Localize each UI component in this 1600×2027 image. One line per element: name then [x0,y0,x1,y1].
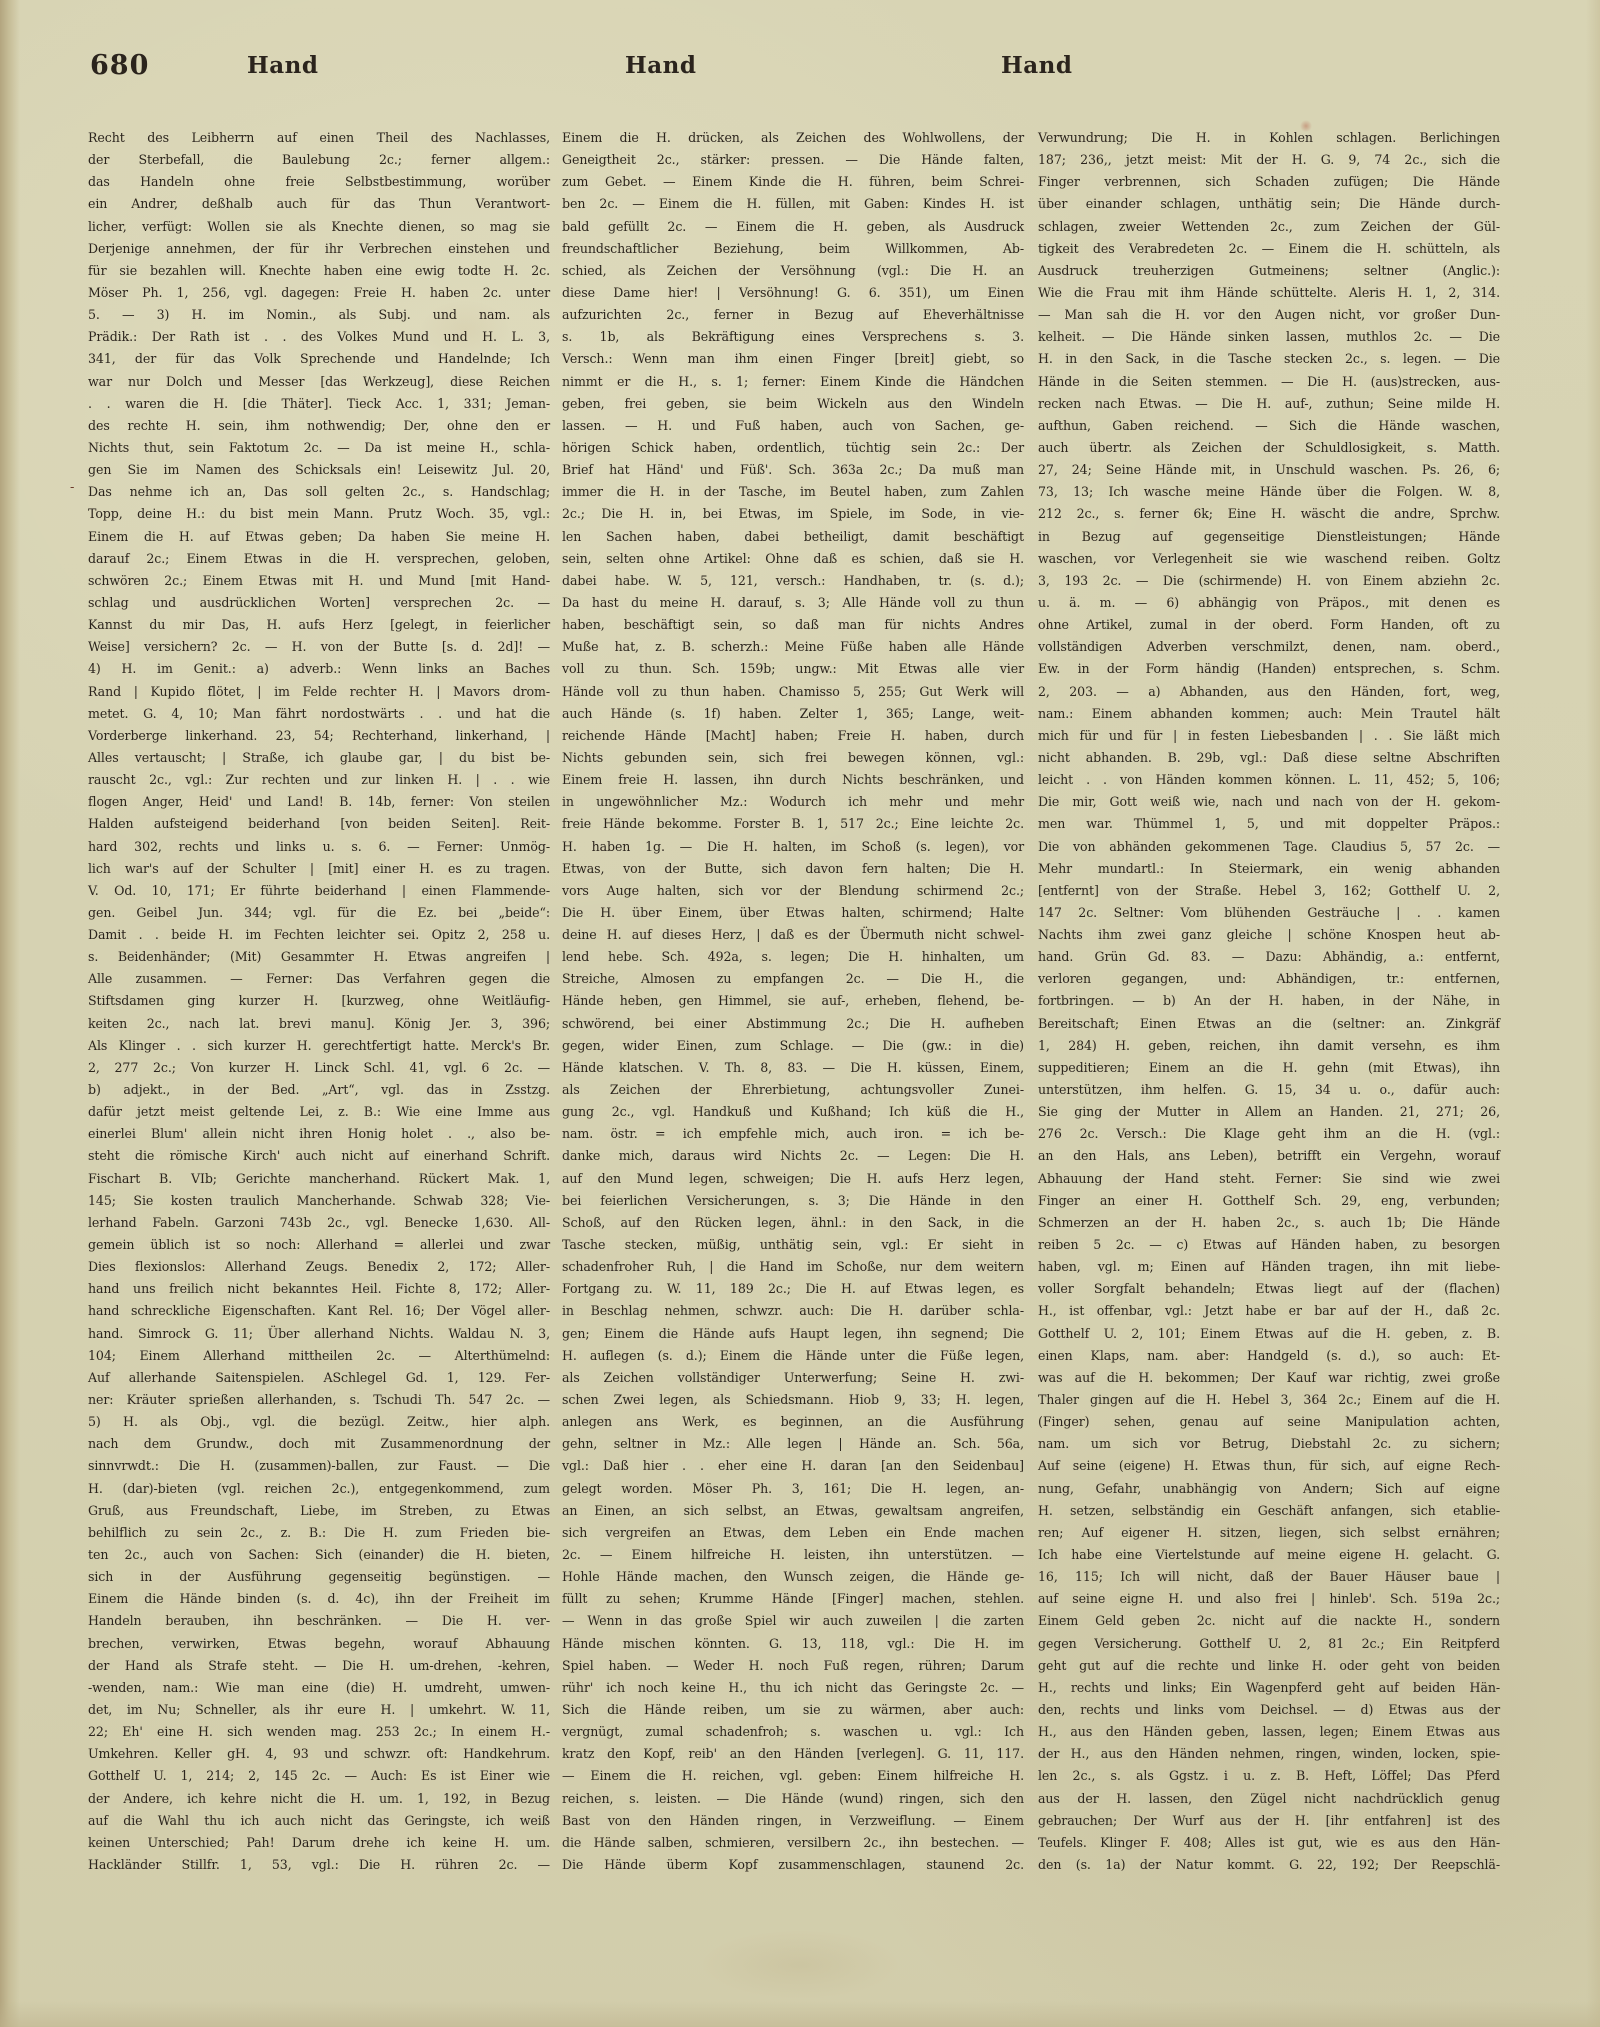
text-line: auf den Mund legen, schweigen; Die H. au… [562,1168,1024,1190]
text-line: hand schreckliche Eigenschaften. Kant Re… [88,1300,550,1322]
text-line: als Zeichen vollständiger Unterwerfung; … [562,1367,1024,1389]
text-line: Hackländer Stillfr. 1, 53, vgl.: Die H. … [88,1854,550,1876]
text-line: in ungewöhnlicher Mz.: Wodurch ich mehr … [562,791,1024,813]
text-line: ohne Artikel, zumal in der oberd. Form H… [1038,614,1500,636]
text-line: Streiche, Almosen zu empfangen 2c. — Die… [562,968,1024,990]
text-line: recken nach Etwas. — Die H. auf-, zuthun… [1038,393,1500,415]
text-line: nung, Gefahr, unabhängig von Andern; Sic… [1038,1478,1500,1500]
text-line: Verwundrung; Die H. in Kohlen schlagen. … [1038,127,1500,149]
text-line: unterstützen, ihm helfen. G. 15, 34 u. o… [1038,1079,1500,1101]
text-line: Hände klatschen. V. Th. 8, 83. — Die H. … [562,1057,1024,1079]
text-line: schlagen, zweier Wettenden 2c., zum Zeic… [1038,216,1500,238]
text-line: Bereitschaft; Einen Etwas an die (seltne… [1038,1013,1500,1035]
text-line: vors Auge halten, sich vor der Blendung … [562,880,1024,902]
text-line: aufzurichten 2c., ferner in Bezug auf Eh… [562,304,1024,326]
text-line: nicht abhanden. B. 29b, vgl.: Daß diese … [1038,747,1500,769]
text-line: hand. Grün Gd. 83. — Dazu: Abhändig, a.:… [1038,946,1500,968]
text-line: Hände mischen könnten. G. 13, 118, vgl.:… [562,1633,1024,1655]
text-line: Hände voll zu thun haben. Chamisso 5, 25… [562,681,1024,703]
text-line: reichen, s. leisten. — Die Hände (wund) … [562,1788,1024,1810]
page-edge-bottom [0,2001,1600,2027]
scanned-page: 680 Hand Hand Hand - Recht des Leibherrn… [0,0,1600,2027]
text-line: den, rechts und links vom Deichsel. — d)… [1038,1699,1500,1721]
text-line: gegen Versicherung. Gotthelf U. 2, 81 2c… [1038,1633,1500,1655]
text-line: nach dem Grundw., doch mit Zusammenordnu… [88,1433,550,1455]
text-line: über einander schlagen, unthätig sein; D… [1038,193,1500,215]
text-line: geben, frei geben, sie beim Wickeln aus … [562,393,1024,415]
text-line: darauf 2c.; Einem Etwas in die H. verspr… [88,548,550,570]
text-line: hand uns freilich nicht bekanntes Heil. … [88,1278,550,1300]
text-line: H. haben 1g. — Die H. halten, im Schoß (… [562,836,1024,858]
text-line: rühr' ich noch keine H., thu ich nicht d… [562,1677,1024,1699]
text-line: 212 2c., s. ferner 6k; Eine H. wäscht di… [1038,503,1500,525]
text-line: steht die römische Kirch' auch nicht auf… [88,1145,550,1167]
text-line: was auf die H. bekommen; Der Kauf war ri… [1038,1367,1500,1389]
text-line: H. auflegen (s. d.); Einem die Hände unt… [562,1345,1024,1367]
text-line: Einem die H. drücken, als Zeichen des Wo… [562,127,1024,149]
text-line: einen Klaps, nam. aber: Handgeld (s. d.)… [1038,1345,1500,1367]
text-line: keinen Unterschied; Pah! Darum drehe ich… [88,1832,550,1854]
text-line: verloren gegangen, und: Abhändigen, tr.:… [1038,968,1500,990]
text-line: men war. Thümmel 1, 5, und mit doppelter… [1038,813,1500,835]
text-line: Hände in die Seiten stemmen. — Die H. (a… [1038,371,1500,393]
text-line: len Sachen haben, dabei betheiligt, dami… [562,526,1024,548]
text-line: Gotthelf U. 1, 214; 2, 145 2c. — Auch: E… [88,1765,550,1787]
text-line: immer die H. in der Tasche, im Beutel ha… [562,481,1024,503]
text-line: . . waren die H. [die Thäter]. Tieck Acc… [88,393,550,415]
text-line: Sie ging der Mutter in Allem an Handen. … [1038,1101,1500,1123]
text-line: gebrauchen; Der Wurf aus der H. [ihr ent… [1038,1810,1500,1832]
text-line: Teufels. Klinger F. 408; Alles ist gut, … [1038,1832,1500,1854]
text-line: dafür jetzt meist geltende Lei, z. B.: W… [88,1101,550,1123]
text-line: hand. Simrock G. 11; Über allerhand Nich… [88,1323,550,1345]
text-line: — Wenn in das große Spiel wir auch zuwei… [562,1610,1024,1632]
text-line: Dies flexionslos: Allerhand Zeugs. Bened… [88,1256,550,1278]
text-line: 5) H. als Obj., vgl. die bezügl. Zeitw.,… [88,1411,550,1433]
text-line: Nichts gebunden sein, sich frei bewegen … [562,747,1024,769]
text-column-1: Recht des Leibherrn auf einen Theil des … [88,127,550,1876]
text-line: keiten 2c., nach lat. brevi manu]. König… [88,1013,550,1035]
text-line: Topp, deine H.: du bist mein Mann. Prutz… [88,503,550,525]
text-line: ner: Kräuter sprießen allerhanden, s. Ts… [88,1389,550,1411]
text-line: Alle zusammen. — Ferner: Das Verfahren g… [88,968,550,990]
text-line: hard 302, rechts und links u. s. 6. — Fe… [88,836,550,858]
text-line: Die mir, Gott weiß wie, nach und nach vo… [1038,791,1500,813]
text-line: an den Hals, ans Leben), betrifft ein Ve… [1038,1145,1500,1167]
text-line: diese Dame hier! | Versöhnung! G. 6. 351… [562,282,1024,304]
text-line: Finger an einer H. Gotthelf Sch. 29, eng… [1038,1190,1500,1212]
text-line: gung 2c., vgl. Handkuß und Kußhand; Ich … [562,1101,1024,1123]
text-line: (Finger) sehen, genau auf seine Manipula… [1038,1411,1500,1433]
text-line: Einem Geld geben 2c. nicht auf die nackt… [1038,1610,1500,1632]
text-line: Schoß, auf den Rücken legen, ähnl.: in d… [562,1212,1024,1234]
text-line: als Zeichen der Ehrerbietung, achtungsvo… [562,1079,1024,1101]
text-line: rauscht 2c., vgl.: Zur rechten und zur l… [88,769,550,791]
text-line: H. in den Sack, in die Tasche stecken 2c… [1038,348,1500,370]
text-line: Hände heben, gen Himmel, sie auf-, erheb… [562,990,1024,1012]
text-line: Kannst du mir Das, H. aufs Herz [gelegt,… [88,614,550,636]
text-line: den (s. 1a) der Natur kommt. G. 22, 192;… [1038,1854,1500,1876]
text-line: H., rechts und links; Ein Wagenpferd geh… [1038,1677,1500,1699]
text-line: an Einen, an sich selbst, an Etwas, gewa… [562,1500,1024,1522]
text-line: Recht des Leibherrn auf einen Theil des … [88,127,550,149]
text-line: Halden aufsteigend beiderhand [von beide… [88,813,550,835]
text-line: der Sterbefall, die Baulebung 2c.; ferne… [88,149,550,171]
text-line: Etwas, von der Butte, sich davon fern ha… [562,858,1024,880]
text-line: Handeln berauben, ihn beschränken. — Die… [88,1610,550,1632]
text-line: Wie die Frau mit ihm Hände schüttelte. A… [1038,282,1500,304]
text-line: 1, 284) H. geben, reichen, ihn damit ver… [1038,1035,1500,1057]
text-line: nimmt er die H., s. 1; ferner: Einem Kin… [562,371,1024,393]
text-line: 147 2c. Seltner: Vom blühenden Gesträuch… [1038,902,1500,924]
text-line: sinnvrwdt.: Die H. (zusammen)-ballen, zu… [88,1455,550,1477]
text-line: gen. Geibel Jun. 344; vgl. für die Ez. b… [88,902,550,924]
text-line: — Einem die H. reichen, vgl. geben: Eine… [562,1765,1024,1787]
text-line: 276 2c. Versch.: Die Klage geht ihm an d… [1038,1123,1500,1145]
text-line: Da hast du meine H. darauf, s. 3; Alle H… [562,592,1024,614]
text-line: 22; Eh' eine H. sich wenden mag. 253 2c.… [88,1721,550,1743]
text-line: Nachts ihm zwei ganz gleiche | schöne Kn… [1038,924,1500,946]
text-line: Fortgang zu. W. 11, 189 2c.; Die H. auf … [562,1278,1024,1300]
text-line: auf seine eigne H. und also frei | hinle… [1038,1588,1500,1610]
text-line: aus der H. lassen, den Zügel nicht nachd… [1038,1788,1500,1810]
text-line: Brief hat Händ' und Füß'. Sch. 363a 2c.;… [562,459,1024,481]
text-line: geht gut auf die rechte und linke H. ode… [1038,1655,1500,1677]
text-line: 3, 193 2c. — Die (schirmende) H. von Ein… [1038,570,1500,592]
text-line: das Handeln ohne freie Selbstbestimmung,… [88,171,550,193]
text-line: — Man sah die H. vor den Augen nicht, vo… [1038,304,1500,326]
text-line: Möser Ph. 1, 256, vgl. dagegen: Freie H.… [88,282,550,304]
text-line: Auf allerhande Saitenspielen. ASchlegel … [88,1367,550,1389]
text-line: Geneigtheit 2c., stärker: pressen. — Die… [562,149,1024,171]
text-line: tigkeit des Verabredeten 2c. — Einem die… [1038,238,1500,260]
text-line: [entfernt] von der Straße. Hebel 3, 162;… [1038,880,1500,902]
text-line: metet. G. 4, 10; Man fährt nordostwärts … [88,703,550,725]
text-line: ren; Auf eigener H. sitzen, liegen, sich… [1038,1522,1500,1544]
text-line: Die Hände überm Kopf zusammenschlagen, s… [562,1854,1024,1876]
text-line: die Hände salben, schmieren, versilbern … [562,1832,1024,1854]
text-line: Die von abhänden gekommenen Tage. Claudi… [1038,836,1500,858]
text-line: Abhauung der Hand steht. Ferner: Sie sin… [1038,1168,1500,1190]
text-line: Sich die Hände reiben, um sie zu wärmen,… [562,1699,1024,1721]
text-line: reiben 5 2c. — c) Etwas auf Händen haben… [1038,1234,1500,1256]
text-line: 5. — 3) H. im Nomin., als Subj. und nam.… [88,304,550,326]
text-line: Hohle Hände machen, den Wunsch zeigen, d… [562,1566,1024,1588]
text-line: der H., aus den Händen nehmen, ringen, w… [1038,1743,1500,1765]
text-line: 27, 24; Seine Hände mit, in Unschuld was… [1038,459,1500,481]
text-line: Ausdruck treuherzigen Gutmeinens; seltne… [1038,260,1500,282]
text-line: lend hebe. Sch. 492a, s. legen; Die H. h… [562,946,1024,968]
text-line: gen Sie im Namen des Schicksals ein! Lei… [88,459,550,481]
text-line: Stiftsdamen ging kurzer H. [kurzweg, ohn… [88,990,550,1012]
text-line: in Bezug auf gegenseitige Dienstleistung… [1038,526,1500,548]
text-line: gen; Einem die Hände aufs Haupt legen, i… [562,1323,1024,1345]
text-line: freundschaftlicher Beziehung, beim Willk… [562,238,1024,260]
paper-stain [700,1930,900,2000]
text-line: Versch.: Wenn man ihm einen Finger [brei… [562,348,1024,370]
text-line: schwören 2c.; Einem Etwas mit H. und Mun… [88,570,550,592]
text-line: V. Od. 10, 171; Er führte beiderhand | e… [88,880,550,902]
text-line: 2, 277 2c.; Von kurzer H. Linck Schl. 41… [88,1057,550,1079]
text-line: suppeditieren; Einem an die H. gehn (mit… [1038,1057,1500,1079]
margin-mark: - [70,480,74,495]
text-line: schen Zwei legen, als Schiedsmann. Hiob … [562,1389,1024,1411]
text-line: haben, vgl. m; Einen auf Händen tragen, … [1038,1256,1500,1278]
text-line: sich in der Ausführung gegenseitig begün… [88,1566,550,1588]
text-line: bald gefüllt 2c. — Einem die H. geben, a… [562,216,1024,238]
text-line: Thaler gingen auf die H. Hebel 3, 364 2c… [1038,1389,1500,1411]
text-line: Nichts thut, sein Faktotum 2c. — Da ist … [88,437,550,459]
text-line: ein Andrer, deßhalb auch für das Thun Ve… [88,193,550,215]
running-head-column-2: Hand [625,52,696,79]
text-line: H., aus den Händen geben, lassen, legen;… [1038,1721,1500,1743]
text-line: danke mich, daraus wird Nichts 2c. — Leg… [562,1145,1024,1167]
text-line: b) adjekt., in der Bed. „Art“, vgl. das … [88,1079,550,1101]
text-line: schadenfroher Ruh, | die Hand im Schoße,… [562,1256,1024,1278]
page-edge-right [1586,0,1600,2027]
text-line: bei feierlichen Versicherungen, s. 3; Di… [562,1190,1024,1212]
text-line: deine H. auf dieses Herz, | daß es der Ü… [562,924,1024,946]
text-line: ten 2c., auch von Sachen: Sich (einander… [88,1544,550,1566]
text-line: ben 2c. — Einem die H. füllen, mit Gaben… [562,193,1024,215]
text-line: Schmerzen an der H. haben 2c., s. auch 1… [1038,1212,1500,1234]
text-line: der Andere, ich kehre nicht die H. um. 1… [88,1788,550,1810]
text-line: Weise] versichern? 2c. — H. von der Butt… [88,636,550,658]
text-line: Umkehren. Keller gH. 4, 93 und schwzr. o… [88,1743,550,1765]
text-line: vollständigen Adverben verschmilzt, dene… [1038,636,1500,658]
text-line: Rand | Kupido flötet, | im Felde rechter… [88,681,550,703]
text-line: 145; Sie kosten traulich Mancherhande. S… [88,1190,550,1212]
text-line: Ew. in der Form händig (Handen) entsprec… [1038,658,1500,680]
text-line: Das nehme ich an, Das soll gelten 2c., s… [88,481,550,503]
text-line: 16, 115; Ich will nicht, daß der Bauer H… [1038,1566,1500,1588]
text-line: sich vergreifen an Etwas, dem Leben ein … [562,1522,1024,1544]
text-line: 341, der für das Volk Sprechende und Han… [88,348,550,370]
text-line: Einem freie H. lassen, ihn durch Nichts … [562,769,1024,791]
text-line: einerlei Blum' allein nicht ihren Honig … [88,1123,550,1145]
text-line: Gotthelf U. 2, 101; Einem Etwas auf die … [1038,1323,1500,1345]
text-line: haben, beschäftigt sein, so daß man für … [562,614,1024,636]
text-column-2: Einem die H. drücken, als Zeichen des Wo… [562,127,1024,1876]
text-line: schwörend, bei einer Abstimmung 2c.; Die… [562,1013,1024,1035]
text-line: Tasche stecken, müßig, unthätig sein, vg… [562,1234,1024,1256]
text-line: hörigen Schick haben, ordentlich, tüchti… [562,437,1024,459]
text-line: gegen, wider Einen, zum Schlage. — Die (… [562,1035,1024,1057]
text-line: s. Beidenhänder; (Mit) Gesammter H. Etwa… [88,946,550,968]
running-head-column-3: Hand [1001,52,1072,79]
text-line: 104; Einem Allerhand mittheilen 2c. — Al… [88,1345,550,1367]
text-line: nam. um sich vor Betrug, Diebstahl 2c. z… [1038,1433,1500,1455]
text-line: zum Gebet. — Einem Kinde die H. führen, … [562,171,1024,193]
text-line: 73, 13; Ich wasche meine Hände über die … [1038,481,1500,503]
text-line: 2c.; Die H. in, bei Etwas, im Spiele, im… [562,503,1024,525]
text-line: war nur Dolch und Messer [das Werkzeug],… [88,371,550,393]
text-line: 2, 203. — a) Abhanden, aus den Händen, f… [1038,681,1500,703]
text-line: nam.: Einem abhanden kommen; auch: Mein … [1038,703,1500,725]
text-line: lassen. — H. und Fuß haben, auch von Sac… [562,415,1024,437]
text-line: gelegt worden. Möser Ph. 3, 161; Die H. … [562,1478,1024,1500]
text-line: des rechte H. sein, ihm nothwendig; Der,… [88,415,550,437]
text-line: anlegen ans Werk, es beginnen, an die Au… [562,1411,1024,1433]
text-line: nam. östr. = ich empfehle mich, auch iro… [562,1123,1024,1145]
text-line: kelheit. — Die Hände sinken lassen, muth… [1038,326,1500,348]
text-line: det, im Nu; Schneller, als ihr eure H. |… [88,1699,550,1721]
text-line: Mehr mundartl.: In Steiermark, ein wenig… [1038,858,1500,880]
text-line: gehn, seltner in Mz.: Alle legen | Hände… [562,1433,1024,1455]
text-line: Prädik.: Der Rath ist . . des Volkes Mun… [88,326,550,348]
text-line: H., ist offenbar, vgl.: Jetzt habe er ba… [1038,1300,1500,1322]
text-line: Die H. über Einem, über Etwas halten, sc… [562,902,1024,924]
text-line: Einem die H. auf Etwas geben; Da haben S… [88,526,550,548]
text-line: 4) H. im Genit.: a) adverb.: Wenn links … [88,658,550,680]
text-line: Fischart B. VIb; Gerichte mancherhand. R… [88,1168,550,1190]
text-line: Gruß, aus Freundschaft, Liebe, im Strebe… [88,1500,550,1522]
text-line: waschen, vor Verlegenheit sie wie wasche… [1038,548,1500,570]
text-line: u. ä. m. — 6) abhängig von Präpos., mit … [1038,592,1500,614]
text-line: H. (dar)-bieten (vgl. reichen 2c.), entg… [88,1478,550,1500]
text-line: Auf seine (eigene) H. Etwas thun, für si… [1038,1455,1500,1477]
text-line: 2c. — Einem hilfreiche H. leisten, ihn u… [562,1544,1024,1566]
text-line: für sie bezahlen will. Knechte haben ein… [88,260,550,282]
text-line: füllt zu sehen; Krumme Hände [Finger] ma… [562,1588,1024,1610]
text-line: leicht . . von Händen kommen können. L. … [1038,769,1500,791]
text-line: in Beschlag nehmen, schwzr. auch: Die H.… [562,1300,1024,1322]
text-line: aufthun, Gaben reichend. — Sich die Händ… [1038,415,1500,437]
running-head-column-1: Hand [247,52,318,79]
text-line: 187; 236,, jetzt meist: Mit der H. G. 9,… [1038,149,1500,171]
text-line: fortbringen. — b) An der H. haben, in de… [1038,990,1500,1012]
text-line: vgl.: Daß hier . . eher eine H. daran [a… [562,1455,1024,1477]
text-line: s. 1b, als Bekräftigung eines Verspreche… [562,326,1024,348]
text-line: auch übertr. als Zeichen der Schuldlosig… [1038,437,1500,459]
text-line: Spiel haben. — Weder H. noch Fuß regen, … [562,1655,1024,1677]
text-line: der Hand als Strafe steht. — Die H. um-d… [88,1655,550,1677]
text-line: schlag und ausdrücklichen Worten] verspr… [88,592,550,614]
text-line: lerhand Fabeln. Garzoni 743b 2c., vgl. B… [88,1212,550,1234]
text-line: reichende Hände [Macht] haben; Freie H. … [562,725,1024,747]
page-edge-left [0,0,20,2027]
text-line: Finger verbrennen, sich Schaden zufügen;… [1038,171,1500,193]
text-line: auf die Wahl thu ich auch nicht das Geri… [88,1810,550,1832]
text-line: kratz den Kopf, reib' an den Händen [ver… [562,1743,1024,1765]
page-number: 680 [90,50,149,81]
text-line: Bast von den Händen ringen, in Verzweifl… [562,1810,1024,1832]
text-line: Einem die Hände binden (s. d. 4c), ihn d… [88,1588,550,1610]
text-line: Damit . . beide H. im Fechten leichter s… [88,924,550,946]
text-line: flogen Anger, Heid' und Land! B. 14b, fe… [88,791,550,813]
text-line: H. setzen, selbständig ein Geschäft anfa… [1038,1500,1500,1522]
text-line: schied, als Zeichen der Versöhnung (vgl.… [562,260,1024,282]
text-line: Muße hat, z. B. scherzh.: Meine Füße hab… [562,636,1024,658]
text-line: len 2c., s. als Ggstz. i u. z. B. Heft, … [1038,1765,1500,1787]
text-line: Derjenige annehmen, der für ihr Verbrech… [88,238,550,260]
text-line: gemein üblich ist so noch: Allerhand = a… [88,1234,550,1256]
text-line: -wenden, nam.: Wie man eine (die) H. umd… [88,1677,550,1699]
text-line: behilflich zu sein 2c., z. B.: Die H. zu… [88,1522,550,1544]
text-line: voll zu thun. Sch. 159b; ungw.: Mit Etwa… [562,658,1024,680]
text-line: Als Klinger . . sich kurzer H. gerechtfe… [88,1035,550,1057]
text-line: licher, verfügt: Wollen sie als Knechte … [88,216,550,238]
text-line: brechen, verwirken, Etwas begehn, worauf… [88,1633,550,1655]
text-line: vergnügt, zumal schadenfroh; s. waschen … [562,1721,1024,1743]
text-line: Ich habe eine Viertelstunde auf meine ei… [1038,1544,1500,1566]
text-line: Vorderberge linkerhand. 23, 54; Rechterh… [88,725,550,747]
text-line: Alles vertauscht; | Straße, ich glaube g… [88,747,550,769]
text-line: voller Sorgfalt behandeln; Etwas liegt a… [1038,1278,1500,1300]
text-line: sein, selten ohne Artikel: Ohne daß es s… [562,548,1024,570]
text-line: dabei habe. W. 5, 121, versch.: Handhabe… [562,570,1024,592]
text-line: mich für und für | in festen Liebesbande… [1038,725,1500,747]
text-column-3: Verwundrung; Die H. in Kohlen schlagen. … [1038,127,1500,1876]
text-line: lich war's auf der Schulter | [mit] eine… [88,858,550,880]
text-line: freie Hände bekomme. Forster B. 1, 517 2… [562,813,1024,835]
text-line: auch Hände (s. 1f) haben. Zelter 1, 365;… [562,703,1024,725]
